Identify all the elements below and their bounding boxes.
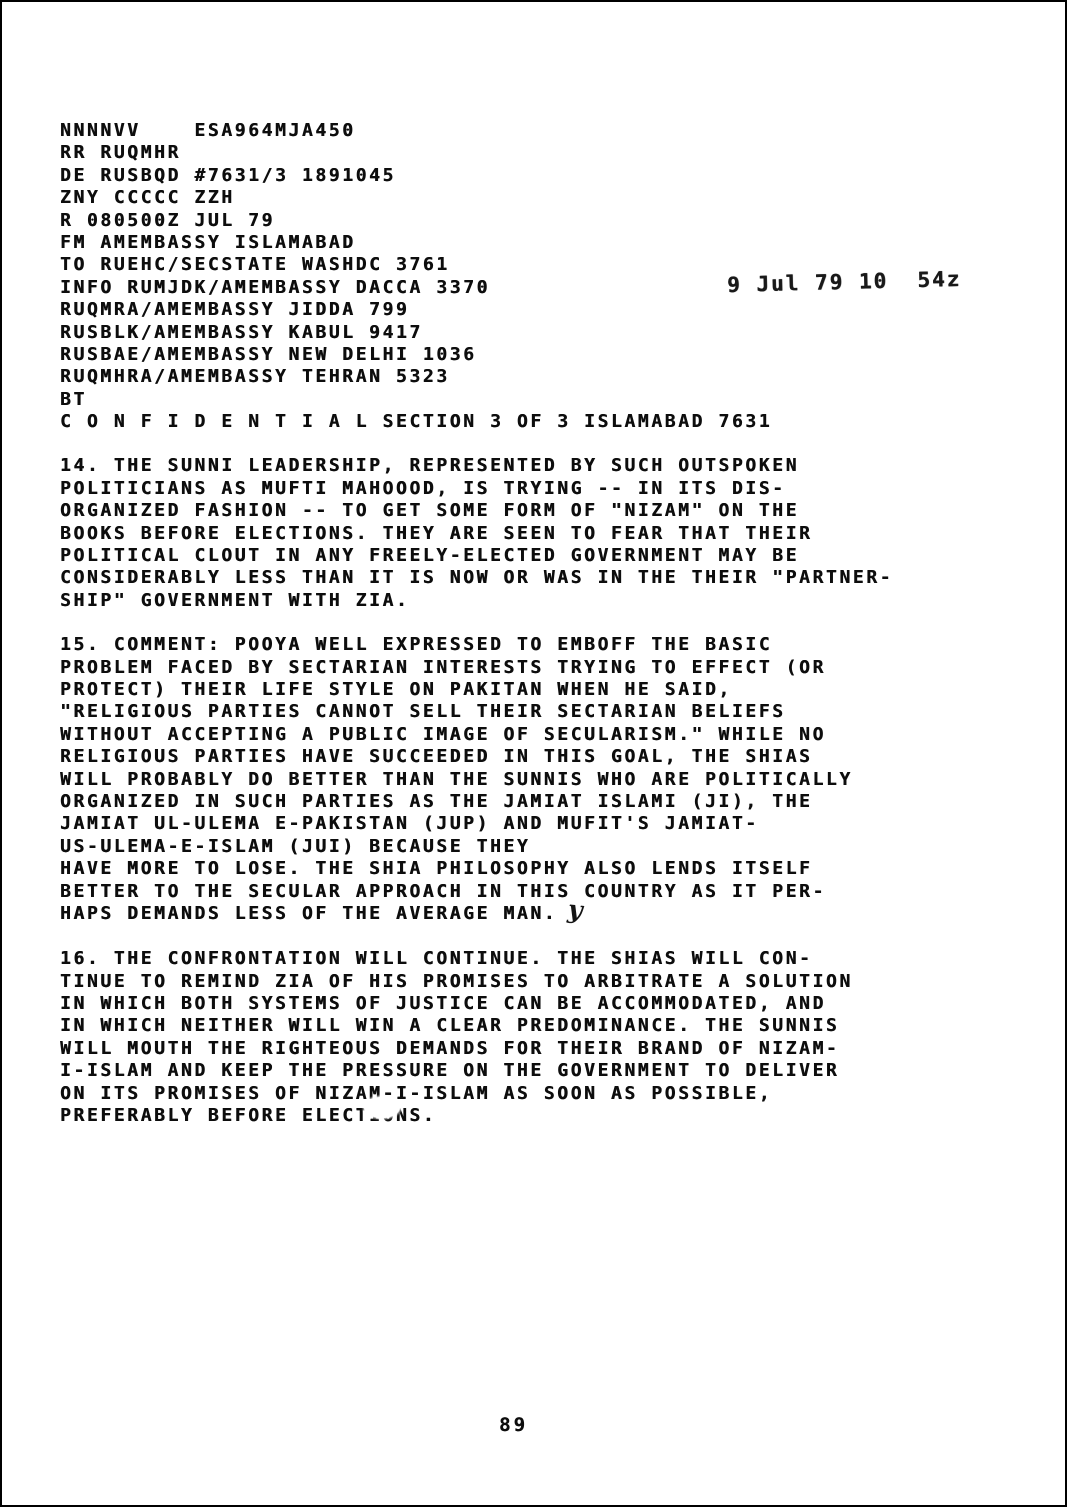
text-line: PROTECT) THEIR LIFE STYLE ON PAKITAN WHE…: [60, 679, 893, 701]
text-line: BOOKS BEFORE ELECTIONS. THEY ARE SEEN TO…: [60, 523, 893, 545]
text-line: POLITICAL CLOUT IN ANY FREELY-ELECTED GO…: [60, 545, 893, 567]
text-line: BETTER TO THE SECULAR APPROACH IN THIS C…: [60, 881, 893, 903]
text-line: R 080500Z JUL 79: [60, 210, 893, 232]
received-date-stamp: 9 Jul 79 10 54z: [727, 267, 962, 297]
text-line: RUQMRA/AMEMBASSY JIDDA 799: [60, 299, 893, 321]
text-line: RELIGIOUS PARTIES HAVE SUCCEEDED IN THIS…: [60, 746, 893, 768]
text-line: "RELIGIOUS PARTIES CANNOT SELL THEIR SEC…: [60, 701, 893, 723]
text-line: HAVE MORE TO LOSE. THE SHIA PHILOSOPHY A…: [60, 858, 893, 880]
text-line: POLITICIANS AS MUFTI MAHOOOD, IS TRYING …: [60, 478, 893, 500]
text-line: ZNY CCCCC ZZH: [60, 187, 893, 209]
text-line: JAMIAT UL-ULEMA E-PAKISTAN (JUP) AND MUF…: [60, 813, 893, 835]
text-line: PREFERABLY BEFORE ELECTIONS.: [60, 1105, 893, 1127]
paragraph-14: 14. THE SUNNI LEADERSHIP, REPRESENTED BY…: [60, 455, 893, 612]
text-line: RR RUQMHR: [60, 142, 893, 164]
page-number: 89: [499, 1414, 528, 1436]
text-line: TINUE TO REMIND ZIA OF HIS PROMISES TO A…: [60, 971, 893, 993]
text-line: WILL PROBABLY DO BETTER THAN THE SUNNIS …: [60, 769, 893, 791]
text-line: CONSIDERABLY LESS THAN IT IS NOW OR WAS …: [60, 567, 893, 589]
paragraph-16: 16. THE CONFRONTATION WILL CONTINUE. THE…: [60, 948, 893, 1127]
text-line: FM AMEMBASSY ISLAMABAD: [60, 232, 893, 254]
smudge-artifact: [364, 1097, 400, 1118]
text-line: RUSBLK/AMEMBASSY KABUL 9417: [60, 322, 893, 344]
text-line: 15. COMMENT: POOYA WELL EXPRESSED TO EMB…: [60, 634, 893, 656]
text-line: NNNNVV ESA964MJA450: [60, 120, 893, 142]
text-line: IN WHICH BOTH SYSTEMS OF JUSTICE CAN BE …: [60, 993, 893, 1015]
text-line: ORGANIZED IN SUCH PARTIES AS THE JAMIAT …: [60, 791, 893, 813]
cable-document-page: NNNNVV ESA964MJA450RR RUQMHRDE RUSBQD #7…: [0, 0, 1067, 1507]
text-line: RUSBAE/AMEMBASSY NEW DELHI 1036: [60, 344, 893, 366]
handwritten-mark: y: [567, 894, 584, 924]
text-line: IN WHICH NEITHER WILL WIN A CLEAR PREDOM…: [60, 1015, 893, 1037]
text-line: I-ISLAM AND KEEP THE PRESSURE ON THE GOV…: [60, 1060, 893, 1082]
text-line: US-ULEMA-E-ISLAM (JUI) BECAUSE THEY: [60, 836, 893, 858]
text-line: BT: [60, 389, 893, 411]
text-line: 16. THE CONFRONTATION WILL CONTINUE. THE…: [60, 948, 893, 970]
text-line: ORGANIZED FASHION -- TO GET SOME FORM OF…: [60, 500, 893, 522]
text-line: C O N F I D E N T I A L SECTION 3 OF 3 I…: [60, 411, 893, 433]
paragraph-15: 15. COMMENT: POOYA WELL EXPRESSED TO EMB…: [60, 634, 893, 925]
text-line: 14. THE SUNNI LEADERSHIP, REPRESENTED BY…: [60, 455, 893, 477]
text-line: PROBLEM FACED BY SECTARIAN INTERESTS TRY…: [60, 657, 893, 679]
text-line: WITHOUT ACCEPTING A PUBLIC IMAGE OF SECU…: [60, 724, 893, 746]
text-line: RUQMHRA/AMEMBASSY TEHRAN 5323: [60, 366, 893, 388]
text-line: ON ITS PROMISES OF NIZAM-I-ISLAM AS SOON…: [60, 1083, 893, 1105]
text-line: WILL MOUTH THE RIGHTEOUS DEMANDS FOR THE…: [60, 1038, 893, 1060]
text-line: DE RUSBQD #7631/3 1891045: [60, 165, 893, 187]
text-line: HAPS DEMANDS LESS OF THE AVERAGE MAN.: [60, 903, 893, 925]
text-line: SHIP" GOVERNMENT WITH ZIA.: [60, 590, 893, 612]
